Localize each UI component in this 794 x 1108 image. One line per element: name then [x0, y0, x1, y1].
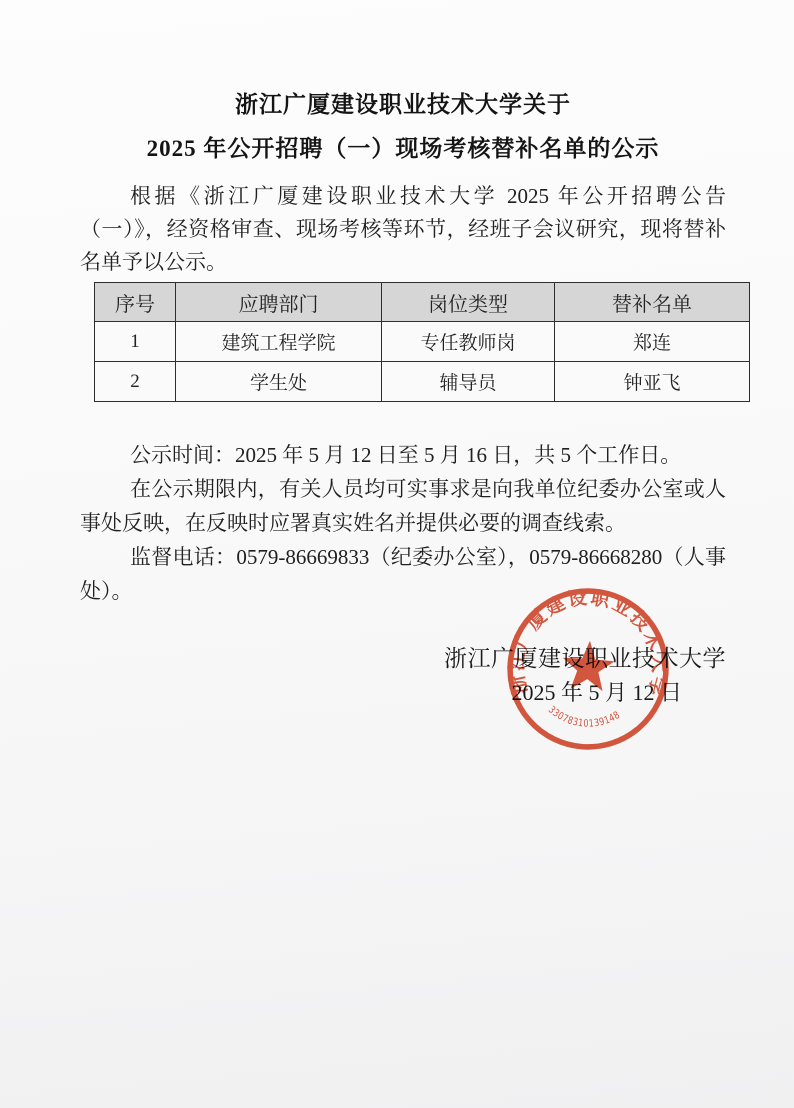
table-row: 1 建筑工程学院 专任教师岗 郑连 [95, 322, 750, 362]
cell-department: 学生处 [176, 362, 382, 402]
document-content: 浙江广厦建设职业技术大学关于 2025 年公开招聘（一）现场考核替补名单的公示 … [0, 0, 794, 710]
body-paragraphs: 公示时间：2025 年 5 月 12 日至 5 月 16 日，共 5 个工作日。… [80, 438, 726, 608]
doc-title-line2: 2025 年公开招聘（一）现场考核替补名单的公示 [80, 134, 726, 164]
table-row: 2 学生处 辅导员 钟亚飞 [95, 362, 750, 402]
paragraph-supervision-phones: 监督电话：0579-86669833（纪委办公室），0579-86668280（… [80, 540, 726, 608]
cell-replacement-name: 钟亚飞 [555, 362, 750, 402]
replacement-roster-table: 序号 应聘部门 岗位类型 替补名单 1 建筑工程学院 专任教师岗 郑连 2 学生… [94, 282, 750, 402]
signature-date: 2025 年 5 月 12 日 [80, 676, 726, 710]
cell-position-type: 辅导员 [382, 362, 555, 402]
header-cell-department: 应聘部门 [176, 283, 382, 322]
cell-position-type: 专任教师岗 [382, 322, 555, 362]
header-cell-replacement-name: 替补名单 [555, 283, 750, 322]
cell-department: 建筑工程学院 [176, 322, 382, 362]
paragraph-publicity-period: 公示时间：2025 年 5 月 12 日至 5 月 16 日，共 5 个工作日。 [80, 438, 726, 472]
cell-index: 2 [95, 362, 176, 402]
header-cell-index: 序号 [95, 283, 176, 322]
paragraph-feedback: 在公示期限内，有关人员均可实事求是向我单位纪委办公室或人事处反映，在反映时应署真… [80, 472, 726, 540]
document-page: 浙江广厦建设职业技术大学关于 2025 年公开招聘（一）现场考核替补名单的公示 … [0, 0, 794, 1108]
paragraph-intro: 根据《浙江广厦建设职业技术大学 2025 年公开招聘公告（一）》，经资格审查、现… [80, 180, 726, 279]
header-cell-position-type: 岗位类型 [382, 283, 555, 322]
doc-title-line1: 浙江广厦建设职业技术大学关于 [80, 90, 726, 120]
cell-replacement-name: 郑连 [555, 322, 750, 362]
cell-index: 1 [95, 322, 176, 362]
signature-org: 浙江广厦建设职业技术大学 [80, 642, 726, 676]
signature-block: 浙江广厦建设职业技术大学 2025 年 5 月 12 日 [80, 642, 726, 710]
table-header-row: 序号 应聘部门 岗位类型 替补名单 [95, 283, 750, 322]
